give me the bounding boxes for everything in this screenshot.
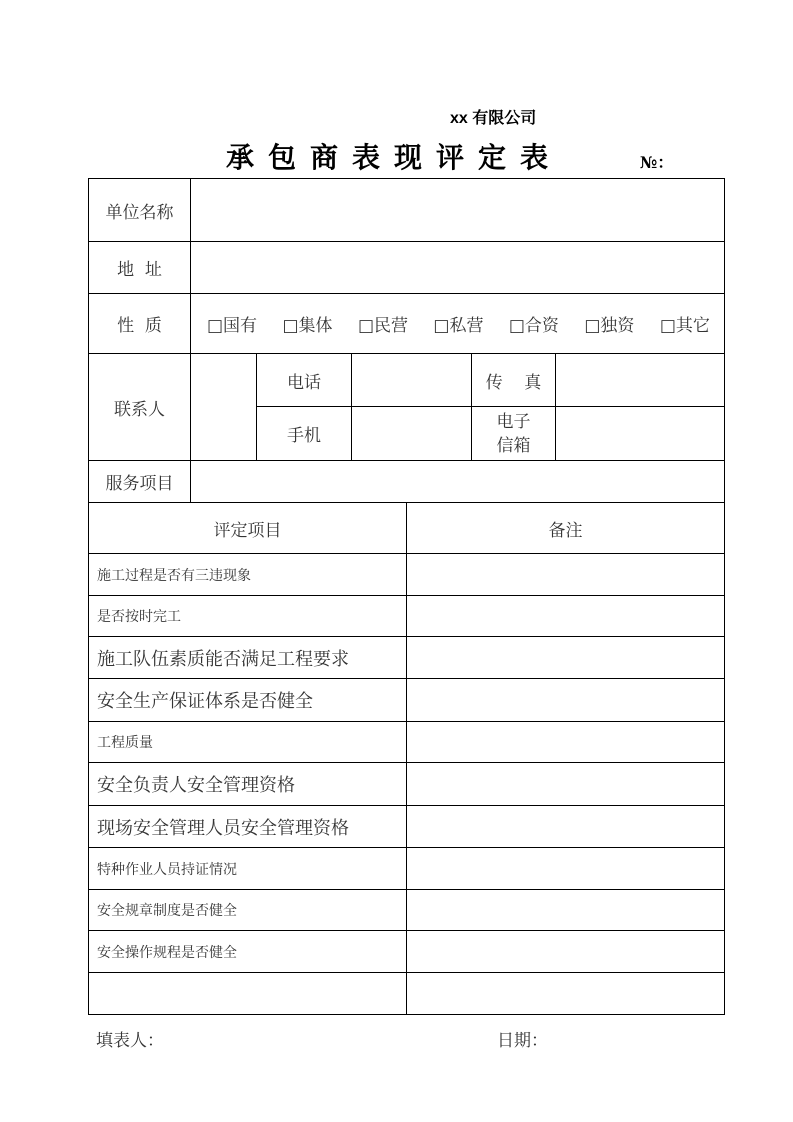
nature-options: □国有 □集体 □民营 □私营 □合资 □独资 □其它 [191,294,725,354]
remark-field[interactable] [407,848,725,890]
remark-field[interactable] [407,722,725,763]
remark-field[interactable] [407,596,725,637]
remark-field[interactable] [407,679,725,722]
unit-name-field[interactable] [191,179,725,242]
eval-item-blank[interactable] [89,973,407,1015]
option-state-owned[interactable]: □国有 [207,316,257,336]
unit-name-label: 单位名称 [89,179,191,242]
service-label: 服务项目 [89,461,191,503]
eval-item: 安全规章制度是否健全 [89,890,407,931]
address-label: 地 址 [89,242,191,294]
eval-item: 安全操作规程是否健全 [89,931,407,973]
date-label: 日期： [497,1026,548,1051]
email-label-line2: 信箱 [472,434,555,458]
fax-field[interactable] [556,354,725,407]
eval-item: 现场安全管理人员安全管理资格 [89,806,407,848]
option-sole-venture[interactable]: □独资 [584,316,634,336]
mobile-label: 手机 [257,407,352,461]
remark-field[interactable] [407,554,725,596]
remark-field[interactable] [407,637,725,679]
fax-label: 传 真 [472,354,556,407]
remark-field[interactable] [407,890,725,931]
form-number-label: №： [640,150,673,173]
email-field[interactable] [556,407,725,461]
email-label-line1: 电子 [472,410,555,434]
remark-field[interactable] [407,931,725,973]
contact-field[interactable] [191,354,257,461]
col-header-item: 评定项目 [89,503,407,554]
nature-label: 性 质 [89,294,191,354]
eval-item: 工程质量 [89,722,407,763]
eval-item: 安全负责人安全管理资格 [89,763,407,806]
evaluation-table: 评定项目 备注 施工过程是否有三违现象 是否按时完工 施工队伍素质能否满足工程要… [88,502,725,1015]
option-collective[interactable]: □集体 [282,316,332,336]
eval-item: 是否按时完工 [89,596,407,637]
eval-item: 安全生产保证体系是否健全 [89,679,407,722]
form-title: 承包商表现评定表 [226,136,562,176]
eval-item: 施工队伍素质能否满足工程要求 [89,637,407,679]
contact-label: 联系人 [89,354,191,461]
eval-item: 特种作业人员持证情况 [89,848,407,890]
option-private[interactable]: □私营 [433,316,483,336]
info-table: 单位名称 地 址 性 质 □国有 □集体 □民营 □私营 □合资 □独资 □其它… [88,178,725,503]
eval-item: 施工过程是否有三违现象 [89,554,407,596]
option-other[interactable]: □其它 [660,316,710,336]
service-field[interactable] [191,461,725,503]
option-joint-venture[interactable]: □合资 [509,316,559,336]
remark-field[interactable] [407,973,725,1015]
remark-field[interactable] [407,806,725,848]
col-header-remark: 备注 [407,503,725,554]
phone-field[interactable] [352,354,472,407]
filler-label: 填表人： [96,1026,164,1051]
address-field[interactable] [191,242,725,294]
option-private-civil[interactable]: □民营 [358,316,408,336]
email-label: 电子 信箱 [472,407,556,461]
company-name: xx 有限公司 [450,105,536,128]
remark-field[interactable] [407,763,725,806]
phone-label: 电话 [257,354,352,407]
mobile-field[interactable] [352,407,472,461]
